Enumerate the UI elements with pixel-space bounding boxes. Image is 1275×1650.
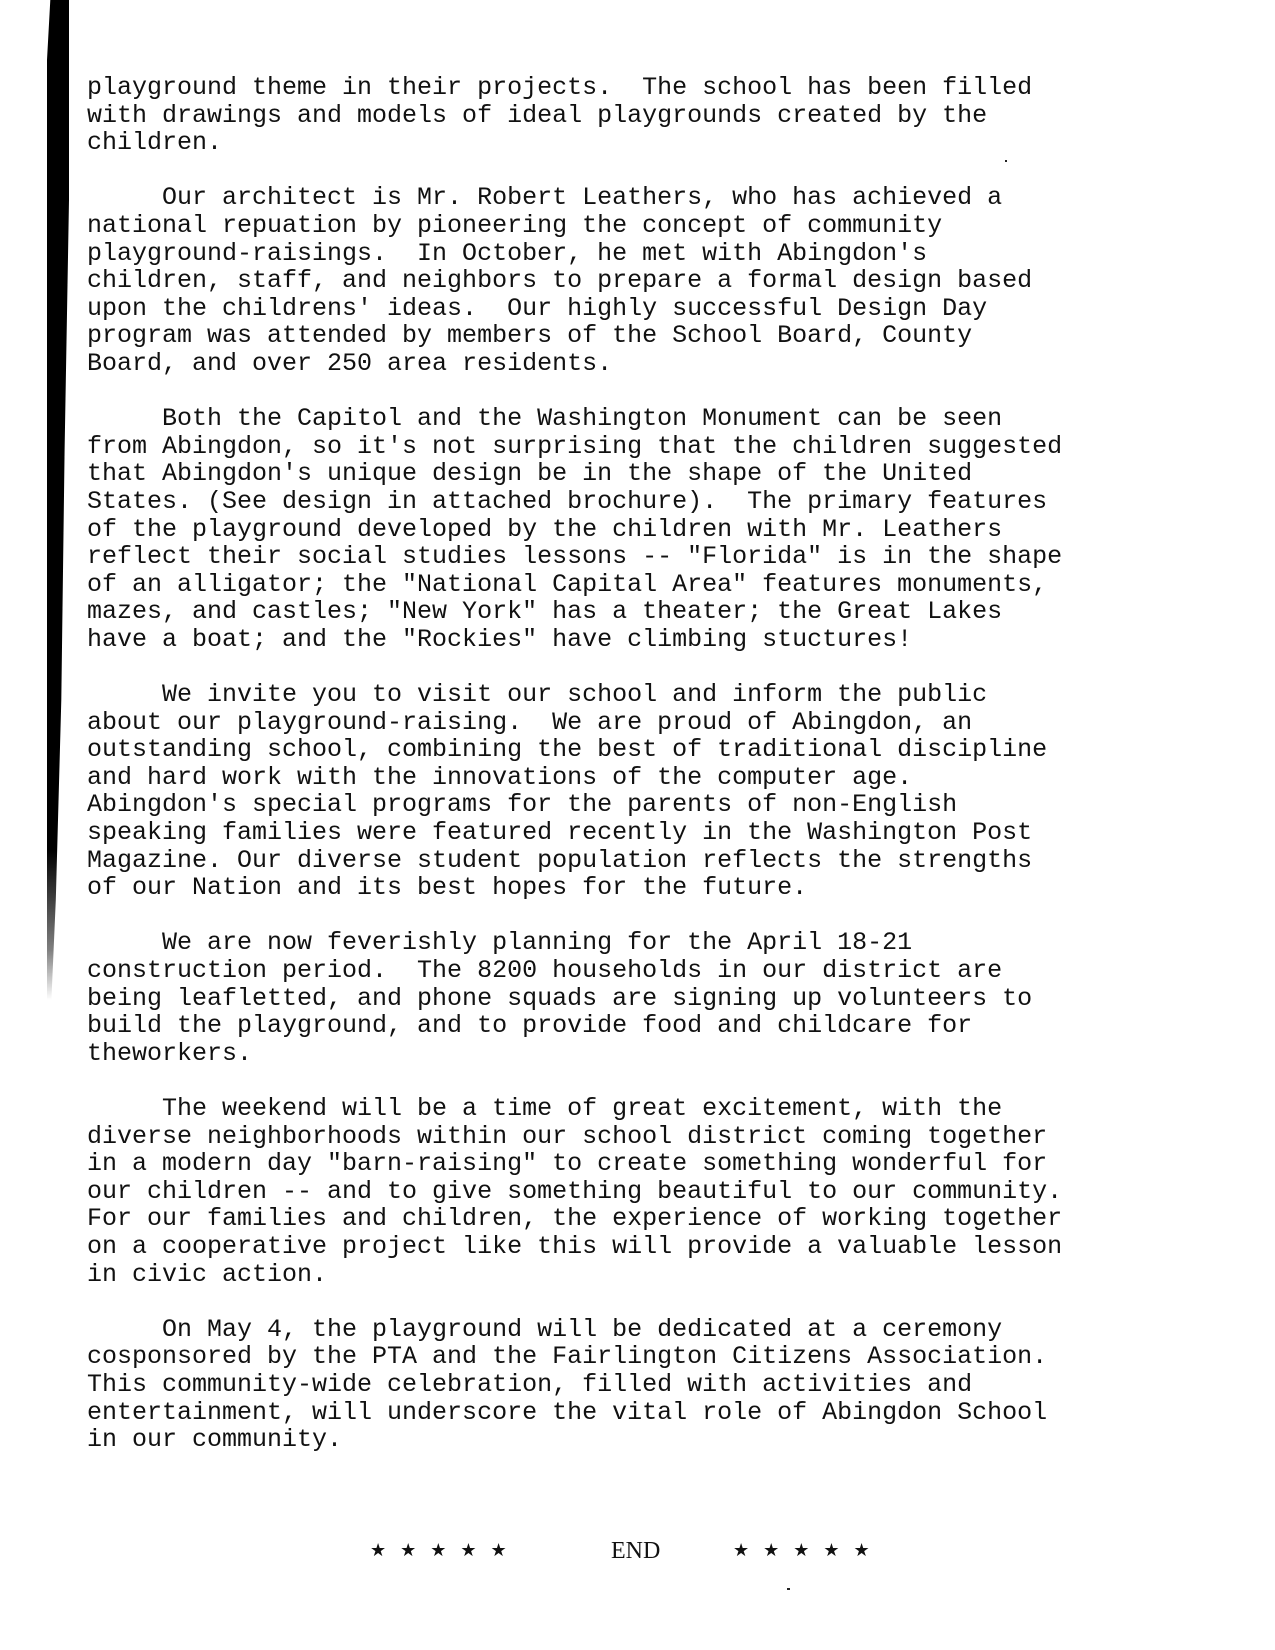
text-line: in civic action. [87, 1261, 1207, 1289]
text-line: build the playground, and to provide foo… [87, 1012, 1207, 1040]
text-line: in our community. [87, 1426, 1207, 1454]
text-line: The weekend will be a time of great exci… [87, 1095, 1207, 1123]
document-body: playground theme in their projects. The … [87, 74, 1207, 1481]
paragraph: We invite you to visit our school and in… [87, 681, 1207, 902]
end-label: END [611, 1538, 660, 1565]
text-line: from Abingdon, so it's not surprising th… [87, 433, 1207, 461]
text-line: outstanding school, combining the best o… [87, 736, 1207, 764]
text-line: program was attended by members of the S… [87, 322, 1207, 350]
text-line: construction period. The 8200 households… [87, 957, 1207, 985]
text-line: with drawings and models of ideal playgr… [87, 102, 1207, 130]
stars-right-decoration: ★★★★★ [733, 1540, 884, 1561]
text-line: Abingdon's special programs for the pare… [87, 791, 1207, 819]
scan-edge-bar [47, 0, 69, 1000]
stars-left-decoration: ★★★★★ [370, 1540, 521, 1561]
text-line: speaking families were featured recently… [87, 819, 1207, 847]
text-line: playground theme in their projects. The … [87, 74, 1207, 102]
scan-speck [787, 1588, 790, 1590]
text-line: reflect their social studies lessons -- … [87, 543, 1207, 571]
text-line: and hard work with the innovations of th… [87, 764, 1207, 792]
text-line: We are now feverishly planning for the A… [87, 929, 1207, 957]
text-line: on a cooperative project like this will … [87, 1233, 1207, 1261]
paragraph: On May 4, the playground will be dedicat… [87, 1316, 1207, 1454]
text-line: For our families and children, the exper… [87, 1205, 1207, 1233]
paragraph: Our architect is Mr. Robert Leathers, wh… [87, 184, 1207, 377]
text-line: in a modern day "barn-raising" to create… [87, 1150, 1207, 1178]
text-line: On May 4, the playground will be dedicat… [87, 1316, 1207, 1344]
text-line: have a boat; and the "Rockies" have clim… [87, 626, 1207, 654]
text-line: our children -- and to give something be… [87, 1178, 1207, 1206]
text-line: Our architect is Mr. Robert Leathers, wh… [87, 184, 1207, 212]
text-line: about our playground-raising. We are pro… [87, 709, 1207, 737]
text-line: that Abingdon's unique design be in the … [87, 460, 1207, 488]
text-line: of the playground developed by the child… [87, 516, 1207, 544]
text-line: children. [87, 129, 1207, 157]
text-line: entertainment, will underscore the vital… [87, 1399, 1207, 1427]
text-line: national repuation by pioneering the con… [87, 212, 1207, 240]
text-line: being leafletted, and phone squads are s… [87, 985, 1207, 1013]
text-line: of an alligator; the "National Capital A… [87, 571, 1207, 599]
text-line: Magazine. Our diverse student population… [87, 847, 1207, 875]
text-line: of our Nation and its best hopes for the… [87, 874, 1207, 902]
text-line: We invite you to visit our school and in… [87, 681, 1207, 709]
text-line: States. (See design in attached brochure… [87, 488, 1207, 516]
text-line: mazes, and castles; "New York" has a the… [87, 598, 1207, 626]
text-line: diverse neighborhoods within our school … [87, 1123, 1207, 1151]
paragraph: Both the Capitol and the Washington Monu… [87, 405, 1207, 653]
text-line: children, staff, and neighbors to prepar… [87, 267, 1207, 295]
text-line: This community-wide celebration, filled … [87, 1371, 1207, 1399]
text-line: Both the Capitol and the Washington Monu… [87, 405, 1207, 433]
scan-speck [1005, 160, 1007, 162]
text-line: cosponsored by the PTA and the Fairlingt… [87, 1343, 1207, 1371]
paragraph: The weekend will be a time of great exci… [87, 1095, 1207, 1288]
text-line: upon the childrens' ideas. Our highly su… [87, 295, 1207, 323]
text-line: Board, and over 250 area residents. [87, 350, 1207, 378]
text-line: playground-raisings. In October, he met … [87, 240, 1207, 268]
paragraph: We are now feverishly planning for the A… [87, 929, 1207, 1067]
text-line: theworkers. [87, 1040, 1207, 1068]
paragraph: playground theme in their projects. The … [87, 74, 1207, 157]
